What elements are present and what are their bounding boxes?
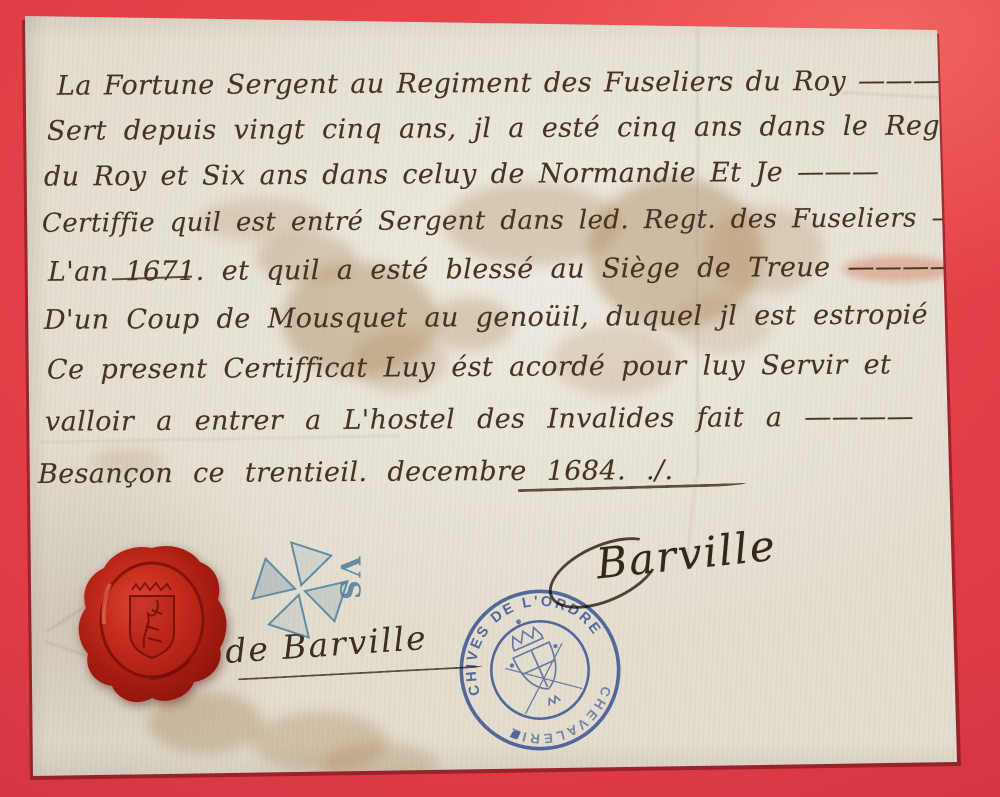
- manuscript-line-7: Ce present Certifficat Luy ést acordé po…: [47, 349, 891, 387]
- archive-stamp-bottom-text: CHEVALERIE: [501, 680, 626, 764]
- manuscript-line-6: D'un Coup de Mousquet au genoüil, duquel…: [44, 299, 973, 337]
- manuscript-line-8: valloir a entrer a L'hostel des Invalide…: [45, 401, 914, 439]
- manuscript-line-2: Sert depuis vingt cinq ans, jl a esté ci…: [47, 110, 977, 148]
- manuscript-line-3: du Roy et Six ans dans celuy de Normandi…: [44, 156, 879, 193]
- manuscript-line-5: L'an 1671. et quil a esté blessé au Sièg…: [48, 251, 957, 289]
- manuscript-line-4: Certiffie quil est entré Sergent dans le…: [42, 203, 958, 240]
- paper-stain: [322, 742, 437, 787]
- photograph-of-manuscript: La Fortune Sergent au Regiment des Fusel…: [0, 0, 1000, 797]
- manuscript-paper: La Fortune Sergent au Regiment des Fusel…: [0, 0, 1000, 797]
- vs-collection-mark: VS: [336, 556, 363, 602]
- svg-text:ARCHIVES DE L'ORDRE DE: ARCHIVES DE L'ORDRE DE: [424, 554, 609, 708]
- manuscript-line-9: Besançon ce trentieil. decembre 1684. ./…: [38, 455, 674, 491]
- manuscript-line-1: La Fortune Sergent au Regiment des Fusel…: [57, 65, 940, 103]
- svg-text:CHEVALERIE: CHEVALERIE: [501, 680, 626, 764]
- red-wax-seal: [72, 540, 232, 715]
- archive-stamp-top-text: ARCHIVES DE L'ORDRE DE: [424, 554, 609, 708]
- stamp-coat-of-arms: [489, 608, 583, 716]
- signature-main: Barville: [594, 525, 778, 586]
